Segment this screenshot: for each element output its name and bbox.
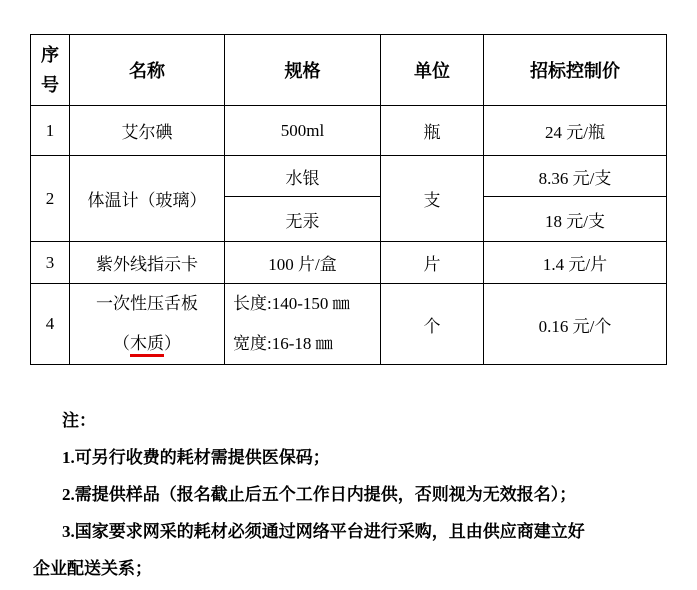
table-row: 3 紫外线指示卡 100 片/盒 片 1.4 元/片 xyxy=(31,242,667,284)
row1-price-cell: 24 元/瓶 xyxy=(484,106,667,156)
paren-open: （ xyxy=(113,334,130,353)
row4-no-cell: 4 xyxy=(31,284,70,365)
bid-price-table: 序号 名称 规格 单位 招标控制价 1 艾尔碘 500ml 瓶 24 元/瓶 2… xyxy=(30,34,667,365)
note-item-1: 1.可另行收费的耗材需提供医保码； xyxy=(33,439,673,476)
row2-name-cell: 体温计（玻璃） xyxy=(70,156,225,242)
row2-spec-cell-mercury: 水银 xyxy=(225,156,381,197)
table-row: 1 艾尔碘 500ml 瓶 24 元/瓶 xyxy=(31,106,667,156)
table-header-row: 序号 名称 规格 单位 招标控制价 xyxy=(31,35,667,106)
notes-section: 注： 1.可另行收费的耗材需提供医保码； 2.需提供样品（报名截止后五个工作日内… xyxy=(33,402,673,587)
row4-spec-line2: 宽度:16-18 ㎜ xyxy=(233,324,380,364)
row4-name-line2: （木质） xyxy=(70,324,224,364)
row1-spec-cell: 500ml xyxy=(225,106,381,156)
row2-price-cell-mercury: 8.36 元/支 xyxy=(484,156,667,197)
row2-unit-cell: 支 xyxy=(381,156,484,242)
paren-close: ） xyxy=(164,334,181,353)
row4-spec-line1: 长度:140-150 ㎜ xyxy=(233,284,380,324)
row3-price-cell: 1.4 元/片 xyxy=(484,242,667,284)
row2-no-cell: 2 xyxy=(31,156,70,242)
row4-unit-cell: 个 xyxy=(381,284,484,365)
row3-unit-cell: 片 xyxy=(381,242,484,284)
col-header-name: 名称 xyxy=(70,35,225,106)
col-header-no-label: 序号 xyxy=(39,40,61,100)
row4-spec-cell: 长度:140-150 ㎜ 宽度:16-18 ㎜ xyxy=(225,284,381,365)
notes-label: 注： xyxy=(33,402,673,439)
row3-name-cell: 紫外线指示卡 xyxy=(70,242,225,284)
table-row: 4 一次性压舌板 （木质） 长度:140-150 ㎜ 宽度:16-18 ㎜ 个 … xyxy=(31,284,667,365)
row2-price-cell-mercuryfree: 18 元/支 xyxy=(484,197,667,242)
row2-spec-cell-mercuryfree: 无汞 xyxy=(225,197,381,242)
note-item-2: 2.需提供样品（报名截止后五个工作日内提供，否则视为无效报名）； xyxy=(33,476,673,513)
row3-spec-cell: 100 片/盒 xyxy=(225,242,381,284)
row4-name-line1: 一次性压舌板 xyxy=(70,284,224,324)
col-header-unit: 单位 xyxy=(381,35,484,106)
row4-price-cell: 0.16 元/个 xyxy=(484,284,667,365)
row1-name-cell: 艾尔碘 xyxy=(70,106,225,156)
note-item-3: 3.国家要求网采的耗材必须通过网络平台进行采购，且由供应商建立好 xyxy=(33,513,673,550)
row1-unit-cell: 瓶 xyxy=(381,106,484,156)
row1-no-cell: 1 xyxy=(31,106,70,156)
table-row: 2 体温计（玻璃） 水银 支 8.36 元/支 xyxy=(31,156,667,197)
row3-no-cell: 3 xyxy=(31,242,70,284)
red-underlined-text: 木质 xyxy=(130,334,164,357)
note-item-3-wrap: 企业配送关系； xyxy=(33,550,673,587)
col-header-no: 序号 xyxy=(31,35,70,106)
col-header-spec: 规格 xyxy=(225,35,381,106)
row4-name-cell: 一次性压舌板 （木质） xyxy=(70,284,225,365)
document-page: 序号 名称 规格 单位 招标控制价 1 艾尔碘 500ml 瓶 24 元/瓶 2… xyxy=(0,0,697,590)
col-header-price: 招标控制价 xyxy=(484,35,667,106)
